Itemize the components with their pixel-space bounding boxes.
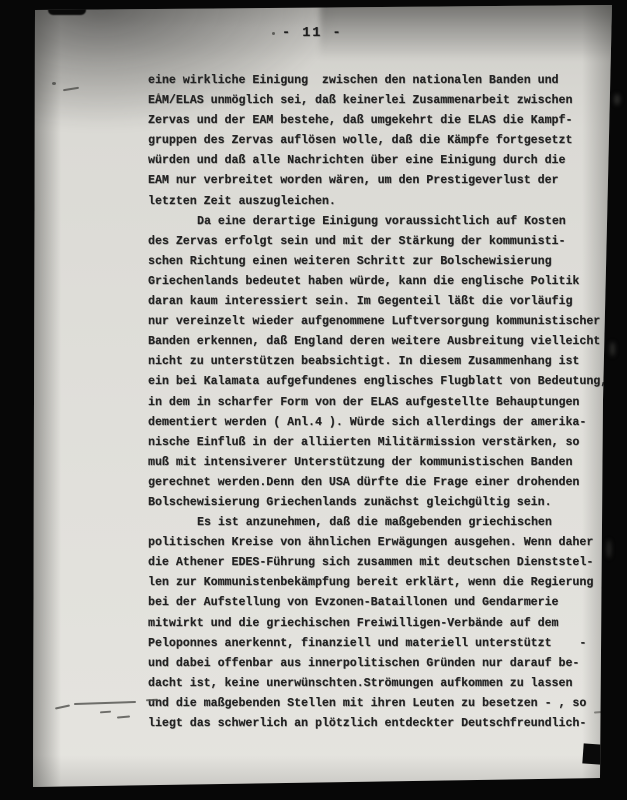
scan-shadow-top	[320, 0, 620, 60]
scan-smudge	[614, 94, 620, 105]
text-line: nur vereinzelt wieder aufgenommene Luftv…	[148, 315, 616, 335]
text-line: würden und daß alle Nachrichten über ein…	[148, 154, 616, 174]
text-line: und die maßgebenden Stellen mit ihren Le…	[148, 697, 616, 717]
text-line: letzten Zeit auszugleichen.	[148, 195, 616, 215]
text-line: des Zervas erfolgt sein und mit der Stär…	[148, 235, 616, 255]
typewritten-text-block: eine wirkliche Einigung zwischen den nat…	[148, 74, 616, 737]
text-line: die Athener EDES-Führung sich zusammen m…	[148, 556, 616, 576]
edge-blot	[582, 743, 601, 764]
text-line: und dabei offenbar aus innerpolitischen …	[148, 657, 616, 677]
text-line: Peloponnes anerkennt, finanziell und mat…	[148, 637, 616, 657]
text-line: muß mit intensiverer Unterstützung der k…	[148, 456, 616, 476]
text-line: daran kaum interessiert sein. Im Gegente…	[148, 295, 616, 315]
paper-sheet: - 11 - eine wirkliche Einigung zwischen …	[0, 0, 627, 800]
text-line: Griechenlands bedeutet haben würde, kann…	[148, 275, 616, 295]
text-line: liegt das schwerlich an plötzlich entdec…	[148, 717, 616, 737]
text-line: mitwirkt und die griechischen Freiwillig…	[148, 617, 616, 637]
scan-smudge	[610, 342, 615, 356]
text-line: dacht ist, keine unerwünschten.Strömunge…	[148, 677, 616, 697]
text-line: politischen Kreise von ähnlichen Erwägun…	[148, 536, 616, 556]
scan-shadow-bottom	[33, 755, 603, 790]
pencil-mark	[100, 711, 111, 714]
pencil-mark	[117, 715, 130, 718]
pencil-mark	[594, 710, 610, 713]
text-line-paragraph-start: Es ist anzunehmen, daß die maßgebenden g…	[148, 516, 616, 536]
pencil-speck	[52, 82, 56, 85]
text-line: Bolschewisierung Griechenlands zunächst …	[148, 496, 616, 516]
text-line: dementiert werden ( Anl.4 ). Würde sich …	[148, 416, 616, 436]
text-line: in dem in scharfer Form von der ELAS auf…	[148, 396, 616, 416]
edge-blot	[603, 757, 614, 776]
text-line: bei der Aufstellung von Evzonen-Bataillo…	[148, 596, 616, 616]
pencil-speck	[272, 32, 275, 35]
text-line: Banden erkennen, daß England deren weite…	[148, 335, 616, 355]
text-line: gruppen des Zervas auflösen wolle, daß d…	[148, 134, 616, 154]
scan-smudge	[607, 540, 611, 558]
text-line: EAM nur verbreitet worden wären, um den …	[148, 174, 616, 194]
scan-shadow-left	[33, 0, 61, 800]
text-line: ein bei Kalamata aufgefundenes englische…	[148, 375, 616, 395]
edge-blot	[48, 6, 86, 15]
text-line: EAM/ELAS unmöglich sei, daß keinerlei Zu…	[148, 94, 616, 114]
document-scan: - 11 - eine wirkliche Einigung zwischen …	[0, 0, 627, 800]
text-line: schen Richtung einen weiteren Schritt zu…	[148, 255, 616, 275]
text-line: nicht zu unterstützen beabsichtigt. In d…	[148, 355, 616, 375]
page-number: - 11 -	[282, 26, 343, 41]
text-line: len zur Kommunistenbekämpfung bereit erk…	[148, 576, 616, 596]
text-line: Zervas und der EAM bestehe, daß umgekehr…	[148, 114, 616, 134]
pencil-mark	[74, 701, 136, 705]
text-line: eine wirkliche Einigung zwischen den nat…	[148, 74, 616, 94]
text-line: nische Einfluß in der alliierten Militär…	[148, 436, 616, 456]
text-line-paragraph-start: Da eine derartige Einigung voraussichtli…	[148, 215, 616, 235]
text-line: gerechnet werden.Denn den USA dürfte die…	[148, 476, 616, 496]
